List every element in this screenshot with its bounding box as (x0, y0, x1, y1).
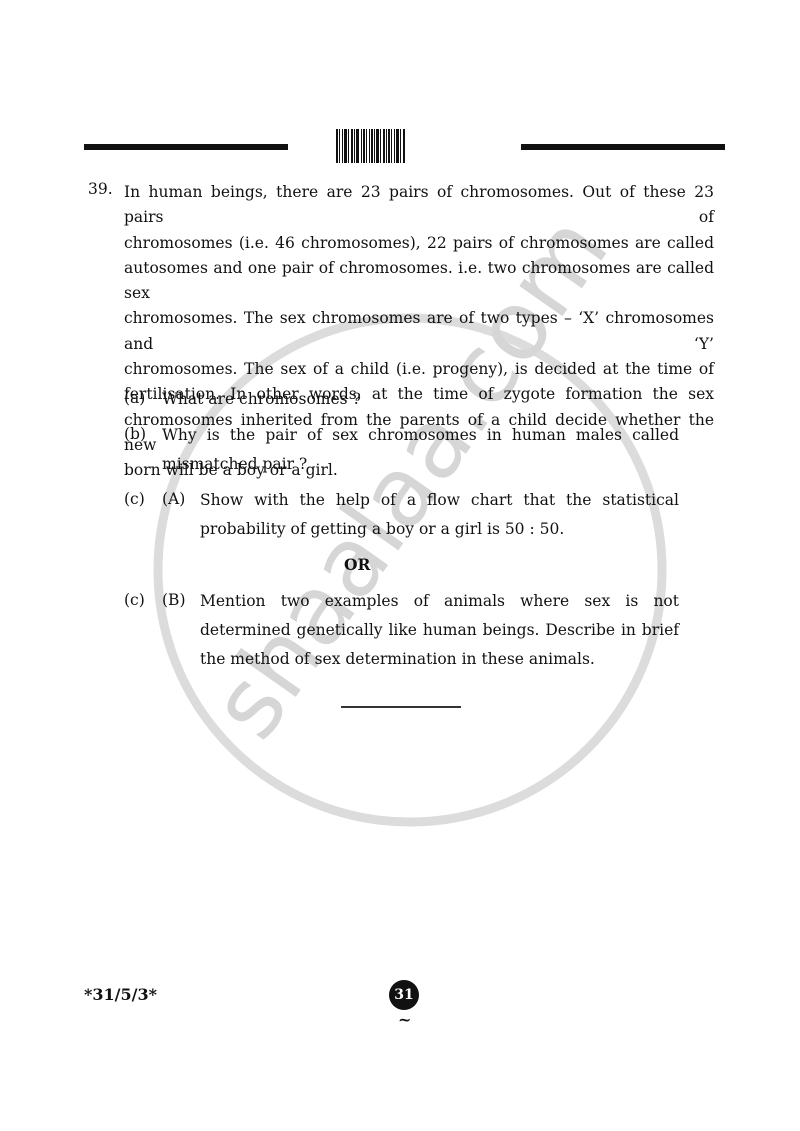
question-stem-line: In human beings, there are 23 pairs of c… (124, 180, 714, 231)
paper-code: *31/5/3* (84, 985, 157, 1004)
end-of-question-rule (341, 706, 461, 708)
part-b-text: Why is the pair of sex chromosomes in hu… (162, 421, 679, 479)
tilde-mark: ~ (398, 1010, 411, 1029)
header-rule-left (84, 144, 288, 150)
part-c-label-2: (c) (124, 591, 145, 609)
header-rule-right (521, 144, 725, 150)
part-a-label: (a) (124, 389, 145, 407)
part-c-a-text: Show with the help of a flow chart that … (200, 486, 679, 544)
question-stem-line: chromosomes. The sex of a child (i.e. pr… (124, 357, 714, 382)
part-c-label: (c) (124, 490, 145, 508)
part-c-b-label: (B) (162, 591, 186, 609)
part-c-b-text: Mention two examples of animals where se… (200, 587, 679, 674)
part-a-text: What are chromosomes ? (162, 385, 682, 414)
question-number: 39. (88, 180, 113, 198)
barcode-icon (336, 129, 466, 163)
question-stem-line: autosomes and one pair of chromosomes. i… (124, 256, 714, 307)
page-number-badge: 31 (389, 980, 419, 1010)
part-b-label: (b) (124, 425, 146, 443)
or-separator: OR (344, 555, 370, 574)
question-stem-line: chromosomes. The sex chromosomes are of … (124, 306, 714, 357)
page-number: 31 (394, 987, 413, 1003)
watermark: shaalaa.com (0, 0, 800, 1131)
part-c-a-label: (A) (162, 490, 185, 508)
question-stem-line: chromosomes (i.e. 46 chromosomes), 22 pa… (124, 231, 714, 256)
